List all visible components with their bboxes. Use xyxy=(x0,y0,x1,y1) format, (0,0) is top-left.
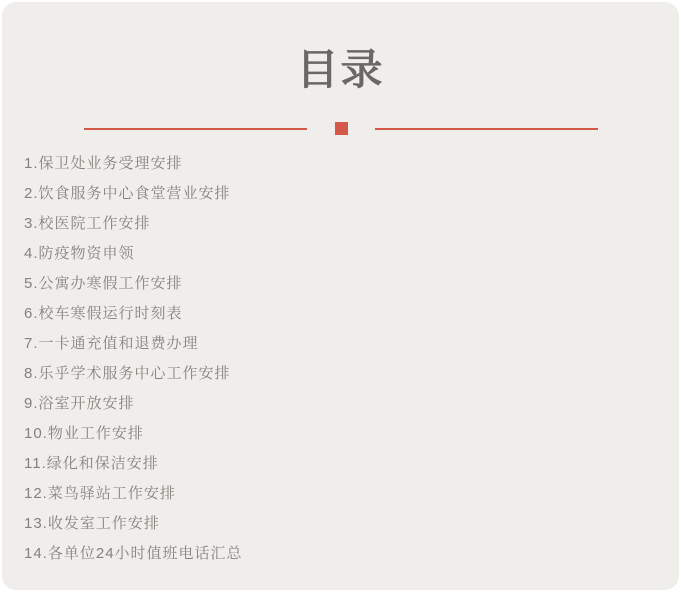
page-title: 目录 xyxy=(2,42,679,98)
toc-item: 7.一卡通充值和退费办理 xyxy=(24,329,659,359)
title-divider xyxy=(2,122,679,135)
toc-item: 9.浴室开放安排 xyxy=(24,389,659,419)
toc-item: 1.保卫处业务受理安排 xyxy=(24,149,659,179)
toc-item: 6.校车寒假运行时刻表 xyxy=(24,299,659,329)
toc-item: 4.防疫物资申领 xyxy=(24,239,659,269)
toc-item: 8.乐乎学术服务中心工作安排 xyxy=(24,359,659,389)
toc-item: 5.公寓办寒假工作安排 xyxy=(24,269,659,299)
toc-item: 2.饮食服务中心食堂营业安排 xyxy=(24,179,659,209)
toc-item: 11.绿化和保洁安排 xyxy=(24,449,659,479)
divider-square-icon xyxy=(335,122,348,135)
divider-line-left xyxy=(84,128,307,130)
toc-item: 14.各单位24小时值班电话汇总 xyxy=(24,539,659,569)
toc-card: 目录 1.保卫处业务受理安排2.饮食服务中心食堂营业安排3.校医院工作安排4.防… xyxy=(2,2,679,590)
divider-line-right xyxy=(375,128,598,130)
toc-item: 13.收发室工作安排 xyxy=(24,509,659,539)
toc-item: 12.菜鸟驿站工作安排 xyxy=(24,479,659,509)
toc-item: 3.校医院工作安排 xyxy=(24,209,659,239)
toc-item: 10.物业工作安排 xyxy=(24,419,659,449)
toc-list: 1.保卫处业务受理安排2.饮食服务中心食堂营业安排3.校医院工作安排4.防疫物资… xyxy=(2,149,679,569)
